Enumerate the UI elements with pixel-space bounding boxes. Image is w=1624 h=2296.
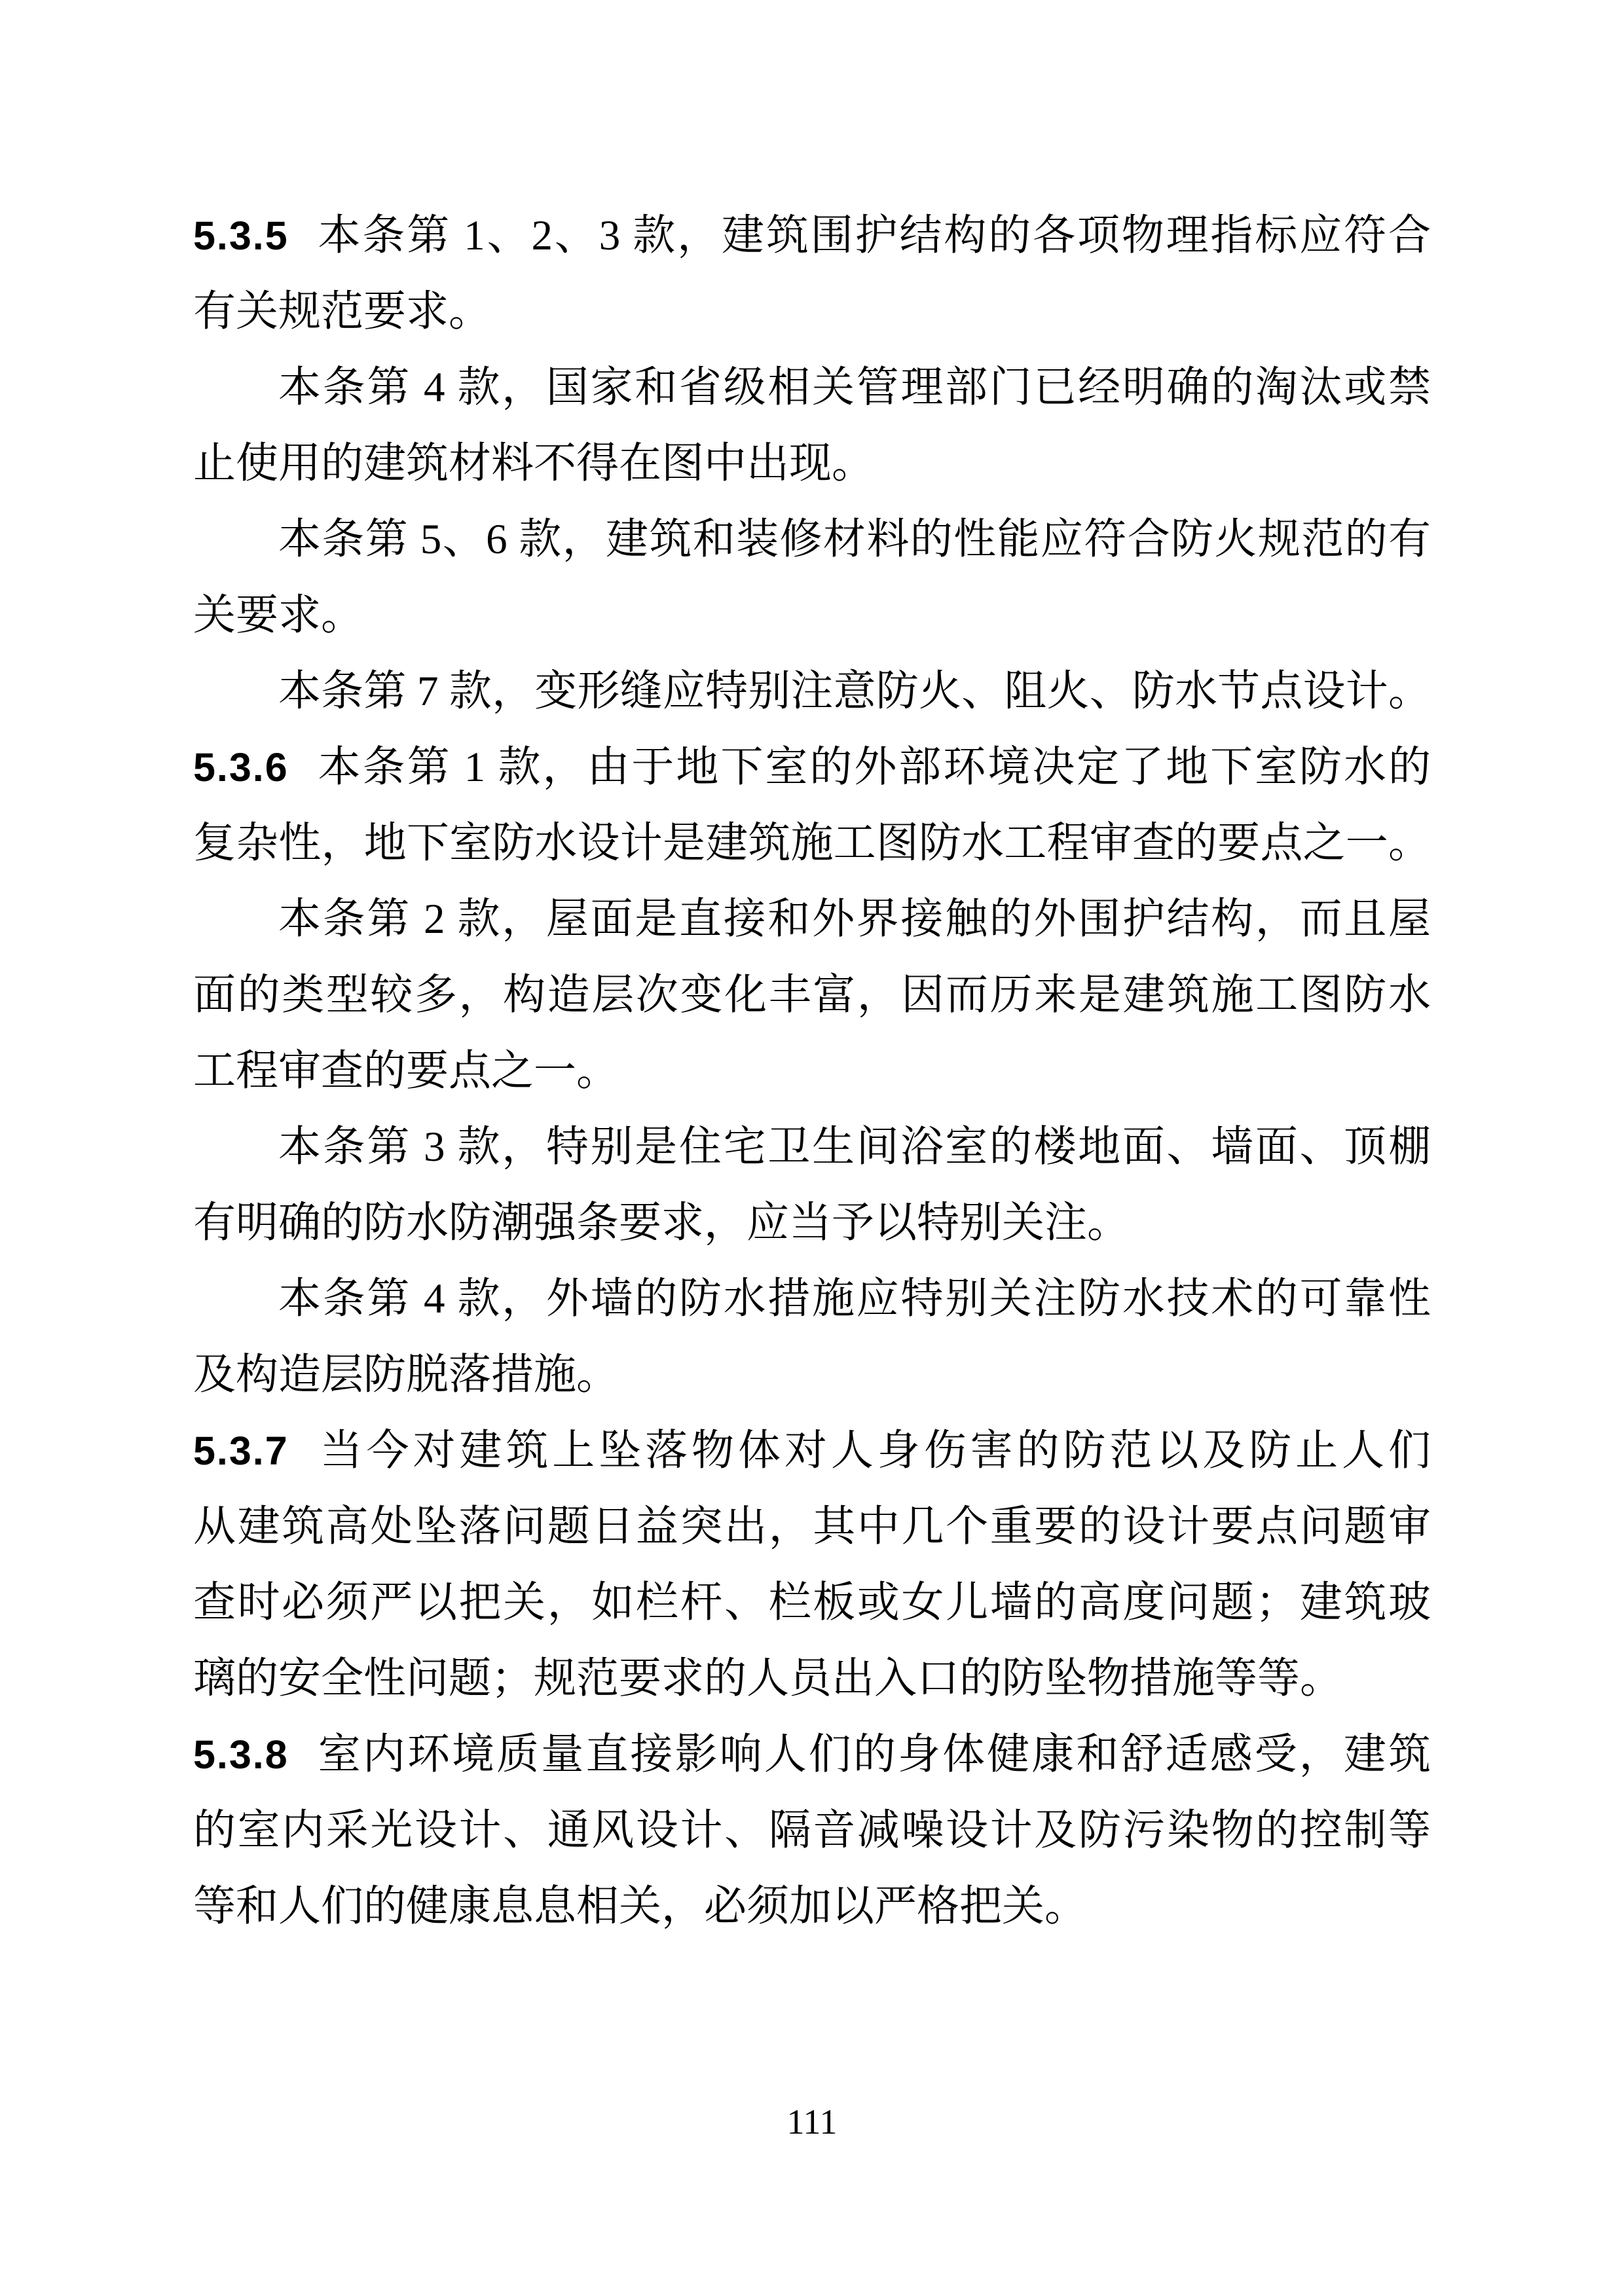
- text-line: 本条第 7 款，变形缝应特别注意防火、阻火、防水节点设计。: [193, 653, 1431, 729]
- section-number: 5.3.8: [193, 1732, 289, 1777]
- text-line: 有明确的防水防潮强条要求，应当予以特别关注。: [193, 1185, 1431, 1261]
- text-line: 复杂性，地下室防水设计是建筑施工图防水工程审查的要点之一。: [193, 805, 1431, 881]
- text-line: 5.3.6本条第 1 款，由于地下室的外部环境决定了地下室防水的: [193, 729, 1431, 805]
- text-line: 从建筑高处坠落问题日益突出，其中几个重要的设计要点问题审: [193, 1489, 1431, 1565]
- section-number: 5.3.5: [193, 213, 289, 258]
- text-line: 5.3.8室内环境质量直接影响人们的身体健康和舒适感受，建筑: [193, 1717, 1431, 1793]
- text-line: 等和人们的健康息息相关，必须加以严格把关。: [193, 1868, 1431, 1944]
- text-line: 有关规范要求。: [193, 274, 1431, 350]
- text-line: 工程审查的要点之一。: [193, 1033, 1431, 1109]
- text-line-content: 当今对建筑上坠落物体对人身伤害的防范以及防止人们: [316, 1427, 1431, 1474]
- text-line: 的室内采光设计、通风设计、隔音减噪设计及防污染物的控制等: [193, 1793, 1431, 1868]
- text-line-content: 室内环境质量直接影响人们的身体健康和舒适感受，建筑: [316, 1731, 1431, 1778]
- document-page: 5.3.5本条第 1、2、3 款，建筑围护结构的各项物理指标应符合 有关规范要求…: [0, 0, 1624, 2296]
- text-line: 本条第 4 款，国家和省级相关管理部门已经明确的淘汰或禁: [193, 350, 1431, 426]
- text-line: 及构造层防脱落措施。: [193, 1337, 1431, 1413]
- text-line: 本条第 4 款，外墙的防水措施应特别关注防水技术的可靠性: [193, 1261, 1431, 1337]
- text-line: 关要求。: [193, 577, 1431, 653]
- page-number: 111: [0, 2102, 1624, 2142]
- text-line-content: 本条第 1 款，由于地下室的外部环境决定了地下室防水的: [316, 744, 1431, 791]
- text-line: 查时必须严以把关，如栏杆、栏板或女儿墙的高度问题；建筑玻: [193, 1565, 1431, 1641]
- text-line: 面的类型较多，构造层次变化丰富，因而历来是建筑施工图防水: [193, 957, 1431, 1033]
- text-line: 止使用的建筑材料不得在图中出现。: [193, 426, 1431, 501]
- text-block: 5.3.5本条第 1、2、3 款，建筑围护结构的各项物理指标应符合 有关规范要求…: [193, 198, 1431, 1944]
- section-number: 5.3.6: [193, 745, 289, 790]
- text-line: 本条第 2 款，屋面是直接和外界接触的外围护结构，而且屋: [193, 881, 1431, 957]
- text-line: 5.3.5本条第 1、2、3 款，建筑围护结构的各项物理指标应符合: [193, 198, 1431, 274]
- text-line: 本条第 3 款，特别是住宅卫生间浴室的楼地面、墙面、顶棚: [193, 1109, 1431, 1185]
- text-line: 本条第 5、6 款，建筑和装修材料的性能应符合防火规范的有: [193, 501, 1431, 577]
- text-line: 璃的安全性问题；规范要求的人员出入口的防坠物措施等等。: [193, 1641, 1431, 1717]
- section-number: 5.3.7: [193, 1429, 289, 1473]
- text-line-content: 本条第 1、2、3 款，建筑围护结构的各项物理指标应符合: [316, 212, 1431, 259]
- text-line: 5.3.7当今对建筑上坠落物体对人身伤害的防范以及防止人们: [193, 1413, 1431, 1489]
